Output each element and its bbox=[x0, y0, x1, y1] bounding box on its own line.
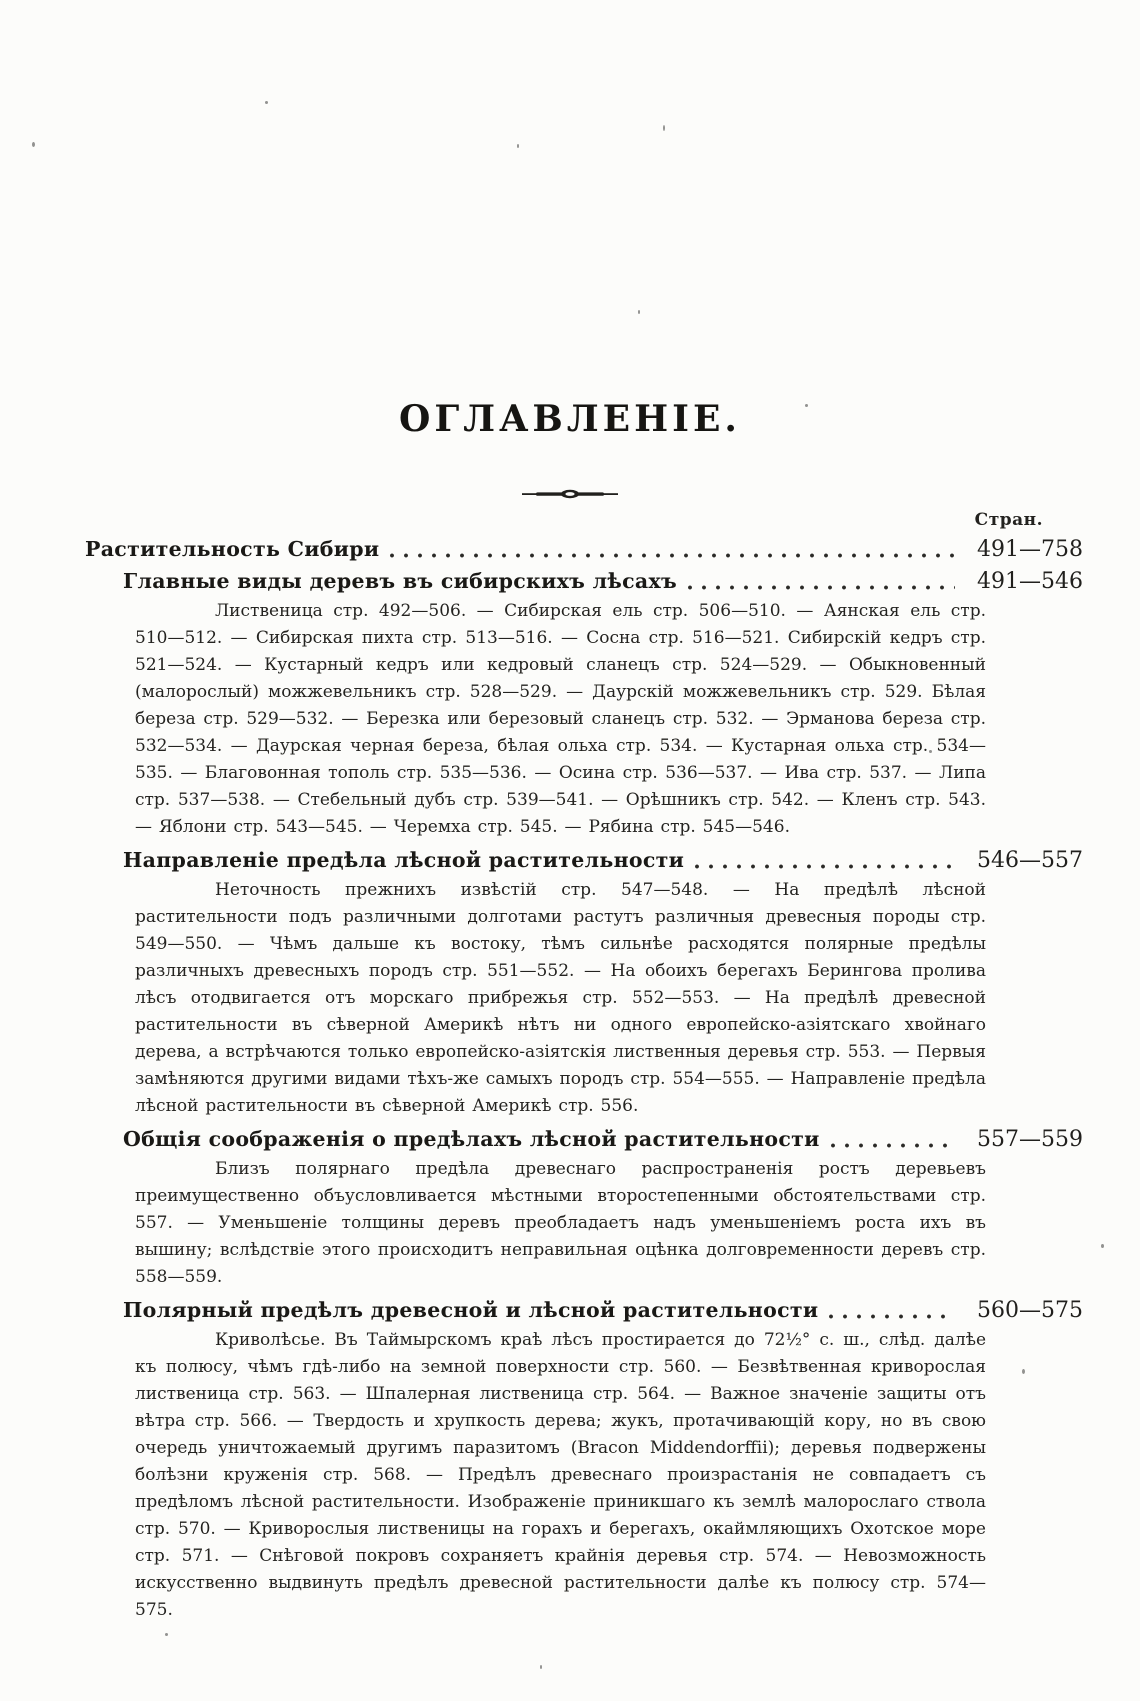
toc-entry-label: Полярный предѣлъ древесной и лѣсной раст… bbox=[85, 1298, 818, 1322]
ink-speck bbox=[540, 1665, 542, 1669]
toc-row-rastitelnost-sibiri: Растительность Сибири 491—758 bbox=[85, 537, 1083, 562]
toc-entry-label: Направленіе предѣла лѣсной растительност… bbox=[85, 848, 684, 872]
ink-speck bbox=[517, 144, 519, 148]
toc-entry-summary: Близъ полярнаго предѣла древеснаго распр… bbox=[135, 1156, 986, 1291]
toc-entry-summary: Криволѣсье. Въ Таймырскомъ краѣ лѣсъ про… bbox=[135, 1327, 986, 1624]
table-of-contents: Стран. Растительность Сибири 491—758 Гла… bbox=[85, 510, 1083, 1624]
ink-speck bbox=[265, 101, 268, 104]
page-title: ОГЛАВЛЕНІЕ. bbox=[0, 398, 1140, 440]
page-number-range: 546—557 bbox=[965, 848, 1083, 873]
toc-entry-label: Растительность Сибири bbox=[85, 537, 379, 561]
toc-entry-summary: Лиственица стр. 492—506. — Сибирская ель… bbox=[135, 598, 986, 841]
ink-speck bbox=[1101, 1244, 1104, 1248]
toc-row-polyarnyi-predel: Полярный предѣлъ древесной и лѣсной раст… bbox=[85, 1298, 1083, 1323]
page-number-range: 557—559 bbox=[965, 1127, 1083, 1152]
dot-leader bbox=[694, 863, 955, 870]
toc-row-obschiya-soobrazheniya: Общія соображенія о предѣлахъ лѣсной рас… bbox=[85, 1127, 1083, 1152]
page-number-range: 491—546 bbox=[965, 569, 1083, 594]
pages-column-header: Стран. bbox=[85, 510, 1043, 530]
toc-row-napravlenie-predela: Направленіе предѣла лѣсной растительност… bbox=[85, 848, 1083, 873]
ink-speck bbox=[929, 750, 932, 753]
toc-entry-label: Общія соображенія о предѣлахъ лѣсной рас… bbox=[85, 1127, 820, 1151]
dot-leader bbox=[828, 1313, 955, 1320]
divider-ornament-icon bbox=[522, 488, 618, 500]
page-number-range: 491—758 bbox=[965, 537, 1083, 562]
dot-leader bbox=[389, 552, 955, 559]
dot-leader bbox=[830, 1142, 955, 1149]
ink-speck bbox=[1022, 1369, 1025, 1374]
ink-speck bbox=[638, 310, 640, 314]
toc-entry-summary: Неточность прежнихъ извѣстій стр. 547—54… bbox=[135, 877, 986, 1120]
toc-row-glavnye-vidy-derev: Главные виды деревъ въ сибирскихъ лѣсахъ… bbox=[85, 569, 1083, 594]
ink-speck bbox=[663, 125, 665, 131]
ink-speck bbox=[32, 142, 35, 147]
ink-speck bbox=[805, 404, 808, 407]
page-number-range: 560—575 bbox=[965, 1298, 1083, 1323]
dot-leader bbox=[687, 584, 955, 591]
ink-speck bbox=[165, 1633, 168, 1636]
toc-entry-label: Главные виды деревъ въ сибирскихъ лѣсахъ bbox=[85, 569, 677, 593]
